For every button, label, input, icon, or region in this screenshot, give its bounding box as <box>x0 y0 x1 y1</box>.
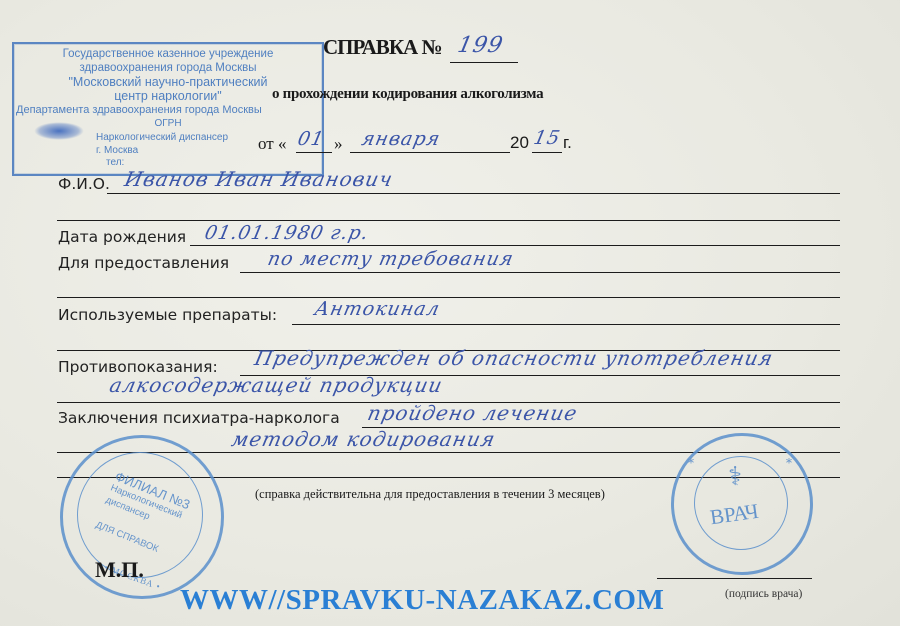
star-icon: * <box>688 456 694 470</box>
drugs-value: Антокинал <box>313 298 443 320</box>
doctor-stamp: ⚕ * * ВРАЧ <box>671 433 813 575</box>
website-watermark: WWW//SPRAVKU-NAZAKAZ.COM <box>180 584 664 617</box>
stamp-line: Департамента здравоохранения города Моск… <box>14 103 322 117</box>
drugs-line <box>292 324 840 325</box>
contra-value-1: Предупрежден об опасности употребления <box>252 346 775 370</box>
title-text: СПРАВКА № <box>323 35 442 59</box>
birth-line <box>190 245 840 246</box>
purpose-label: Для предоставления <box>58 254 229 272</box>
star-icon: * <box>786 456 792 470</box>
seal-label: М.П. <box>95 557 144 583</box>
year-prefix: 20 <box>510 133 529 153</box>
stamp-line: здравоохранения города Москвы <box>14 61 322 75</box>
organization-stamp: Государственное казенное учреждение здра… <box>12 42 324 176</box>
certificate-number: 199 <box>455 33 505 58</box>
ink-smudge <box>34 122 84 140</box>
drugs-label: Используемые препараты: <box>58 306 277 324</box>
year-underline <box>532 152 562 153</box>
fio-value: Иванов Иван Иванович <box>122 167 395 191</box>
caduceus-icon: ⚕ <box>728 464 742 490</box>
date-prefix: от « <box>258 134 286 154</box>
year-suffix: г. <box>563 133 572 153</box>
date-mid: » <box>334 134 343 154</box>
conclusion-value-1: пройдено лечение <box>365 401 580 425</box>
blank-line <box>57 297 840 298</box>
birth-label: Дата рождения <box>58 228 186 246</box>
fio-line <box>107 193 840 194</box>
signature-line <box>657 578 812 579</box>
conclusion-label: Заключения психиатра-нарколога <box>58 409 340 427</box>
purpose-value: по месту требования <box>266 248 516 270</box>
stamp-line: Государственное казенное учреждение <box>14 47 322 61</box>
date-day: 01 <box>296 128 327 150</box>
fio-label: Ф.И.О. <box>58 175 110 193</box>
document-title: СПРАВКА № <box>323 35 442 60</box>
contra-value-2: алкосодержащей продукции <box>107 373 445 397</box>
signature-label: (подпись врача) <box>725 588 802 600</box>
number-underline <box>450 62 518 63</box>
month-underline <box>350 152 510 153</box>
date-year: 15 <box>532 127 563 149</box>
purpose-line <box>240 272 840 273</box>
blank-line <box>57 220 840 221</box>
validity-note: (справка действительна для предоставлени… <box>255 487 605 502</box>
birth-value: 01.01.1980 г.р. <box>203 222 371 244</box>
date-month: января <box>360 128 443 150</box>
day-underline <box>296 152 332 153</box>
conclusion-value-2: методом кодирования <box>229 427 497 451</box>
document-subtitle: о прохождении кодирования алкоголизма <box>272 86 543 103</box>
